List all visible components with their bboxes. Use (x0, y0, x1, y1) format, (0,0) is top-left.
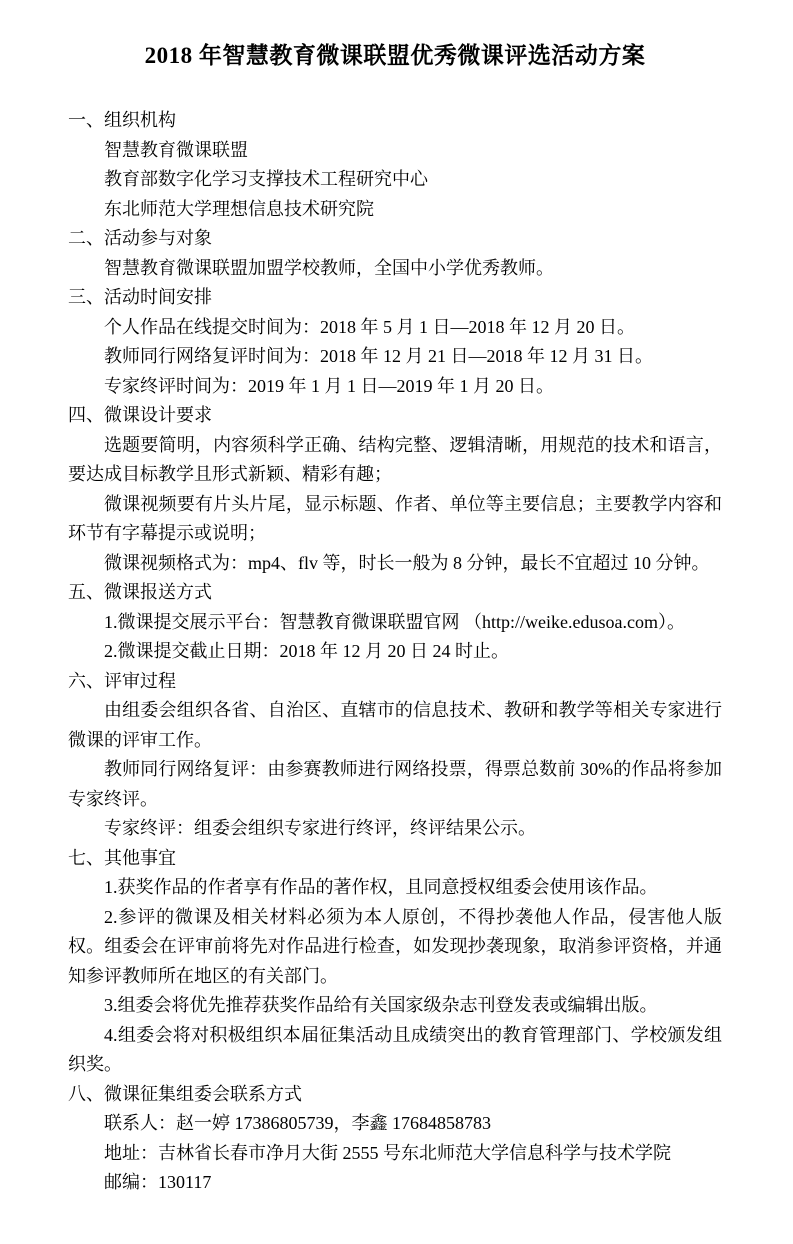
section-6-paragraph-1: 由组委会组织各省、自治区、直辖市的信息技术、教研和教学等相关专家进行微课的评审工… (68, 696, 722, 755)
section-3-paragraph-2: 教师同行网络复评时间为：2018 年 12 月 21 日—2018 年 12 月… (68, 342, 722, 372)
section-3-paragraph-3: 专家终评时间为：2019 年 1 月 1 日—2019 年 1 月 20 日。 (68, 372, 722, 402)
document-page: 2018 年智慧教育微课联盟优秀微课评选活动方案 一、组织机构 智慧教育微课联盟… (0, 0, 793, 1244)
section-8-paragraph-2: 地址：吉林省长春市净月大街 2555 号东北师范大学信息科学与技术学院 (68, 1139, 722, 1169)
section-participants: 二、活动参与对象 智慧教育微课联盟加盟学校教师，全国中小学优秀教师。 (68, 224, 722, 283)
section-design-requirements: 四、微课设计要求 选题要简明，内容须科学正确、结构完整、逻辑清晰，用规范的技术和… (68, 401, 722, 578)
section-1-paragraph-1: 智慧教育微课联盟 (68, 136, 722, 166)
section-4-heading: 四、微课设计要求 (68, 401, 722, 431)
section-1-heading: 一、组织机构 (68, 106, 722, 136)
section-6-heading: 六、评审过程 (68, 667, 722, 697)
section-7-paragraph-2: 2.参评的微课及相关材料必须为本人原创，不得抄袭他人作品，侵害他人版权。组委会在… (68, 903, 722, 992)
section-review-process: 六、评审过程 由组委会组织各省、自治区、直辖市的信息技术、教研和教学等相关专家进… (68, 667, 722, 844)
section-2-heading: 二、活动参与对象 (68, 224, 722, 254)
section-1-paragraph-2: 教育部数字化学习支撑技术工程研究中心 (68, 165, 722, 195)
section-5-paragraph-1: 1.微课提交展示平台：智慧教育微课联盟官网 （http://weike.edus… (68, 608, 722, 638)
section-1-paragraph-3: 东北师范大学理想信息技术研究院 (68, 195, 722, 225)
section-4-paragraph-3: 微课视频格式为：mp4、flv 等，时长一般为 8 分钟，最长不宜超过 10 分… (68, 549, 722, 579)
section-7-heading: 七、其他事宜 (68, 844, 722, 874)
section-5-heading: 五、微课报送方式 (68, 578, 722, 608)
section-6-paragraph-2: 教师同行网络复评：由参赛教师进行网络投票，得票总数前 30%的作品将参加专家终评… (68, 755, 722, 814)
section-other-matters: 七、其他事宜 1.获奖作品的作者享有作品的著作权，且同意授权组委会使用该作品。 … (68, 844, 722, 1080)
document-body: 一、组织机构 智慧教育微课联盟 教育部数字化学习支撑技术工程研究中心 东北师范大… (68, 106, 722, 1198)
section-3-heading: 三、活动时间安排 (68, 283, 722, 313)
section-schedule: 三、活动时间安排 个人作品在线提交时间为：2018 年 5 月 1 日—2018… (68, 283, 722, 401)
section-5-paragraph-2: 2.微课提交截止日期：2018 年 12 月 20 日 24 时止。 (68, 637, 722, 667)
section-7-paragraph-3: 3.组委会将优先推荐获奖作品给有关国家级杂志刊登发表或编辑出版。 (68, 991, 722, 1021)
section-8-paragraph-1: 联系人：赵一婷 17386805739，李鑫 17684858783 (68, 1109, 722, 1139)
section-contact-info: 八、微课征集组委会联系方式 联系人：赵一婷 17386805739，李鑫 176… (68, 1080, 722, 1198)
document-title: 2018 年智慧教育微课联盟优秀微课评选活动方案 (68, 40, 722, 72)
section-4-paragraph-1: 选题要简明，内容须科学正确、结构完整、逻辑清晰，用规范的技术和语言，要达成目标教… (68, 431, 722, 490)
section-2-paragraph-1: 智慧教育微课联盟加盟学校教师，全国中小学优秀教师。 (68, 254, 722, 284)
section-7-paragraph-4: 4.组委会将对积极组织本届征集活动且成绩突出的教育管理部门、学校颁发组织奖。 (68, 1021, 722, 1080)
section-4-paragraph-2: 微课视频要有片头片尾，显示标题、作者、单位等主要信息；主要教学内容和环节有字幕提… (68, 490, 722, 549)
section-8-heading: 八、微课征集组委会联系方式 (68, 1080, 722, 1110)
section-7-paragraph-1: 1.获奖作品的作者享有作品的著作权，且同意授权组委会使用该作品。 (68, 873, 722, 903)
section-organizers: 一、组织机构 智慧教育微课联盟 教育部数字化学习支撑技术工程研究中心 东北师范大… (68, 106, 722, 224)
section-8-paragraph-3: 邮编：130117 (68, 1168, 722, 1198)
section-submission-method: 五、微课报送方式 1.微课提交展示平台：智慧教育微课联盟官网 （http://w… (68, 578, 722, 667)
section-3-paragraph-1: 个人作品在线提交时间为：2018 年 5 月 1 日—2018 年 12 月 2… (68, 313, 722, 343)
section-6-paragraph-3: 专家终评：组委会组织专家进行终评，终评结果公示。 (68, 814, 722, 844)
